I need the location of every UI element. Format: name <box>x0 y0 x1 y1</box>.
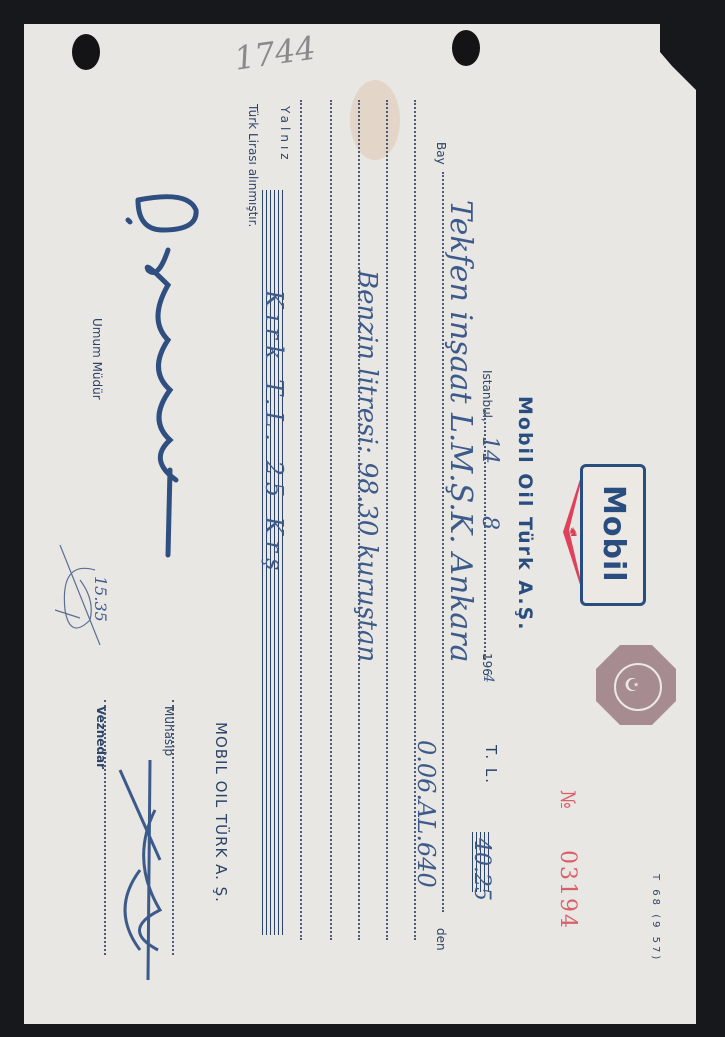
receipt-number-label: № <box>556 790 580 809</box>
general-manager-signature <box>108 190 218 570</box>
mobil-logo: Mobil <box>580 464 646 606</box>
line-dotted <box>330 100 332 940</box>
side-note: 15.35 <box>91 576 110 622</box>
line-dotted <box>386 100 388 940</box>
payer-value: Tekfen inşaat L.M.Ş.K. Ankara <box>443 200 478 663</box>
line2-value: 0.06.AL.640 <box>412 740 440 888</box>
line-dotted <box>300 100 302 940</box>
accountant-dotted-line <box>172 700 174 955</box>
company-header: Mobil Oil Türk A.Ş. <box>514 396 536 631</box>
receipt-number: 03194 <box>555 850 580 930</box>
received-text: Türk Lirası alınmıştır. <box>246 104 260 227</box>
revenue-stamp: ☪ <box>596 645 676 725</box>
year-suffix: 4 <box>480 674 496 683</box>
currency-label: T. L. <box>482 745 500 785</box>
year-prefix: 196 <box>480 653 494 676</box>
punch-hole <box>72 34 100 70</box>
amount-value: 40.25 <box>469 838 494 901</box>
company-signature-label: MOBIL OIL TÜRK A. Ş. <box>212 722 230 903</box>
general-manager-label: Umum Müdür <box>90 318 104 400</box>
svg-text:♞: ♞ <box>568 525 579 539</box>
punch-hole <box>452 30 480 66</box>
in-words-value: Kırk T.L. 25 Krş <box>260 290 288 576</box>
line3-value: Benzin litresi: 98.30 kuruştan <box>352 270 382 662</box>
place-label: Istanbul, <box>480 370 494 422</box>
date-day: 14 <box>477 436 502 464</box>
in-words-label: Yalnız <box>278 106 292 164</box>
date-month: 8 <box>477 516 502 530</box>
payer-label: Bay <box>434 142 448 165</box>
payer-suffix: den <box>434 928 448 951</box>
form-code: T 68 (9 57) <box>650 874 661 962</box>
crescent-star-icon: ☪ <box>624 675 640 696</box>
cashier-signature <box>100 750 170 980</box>
